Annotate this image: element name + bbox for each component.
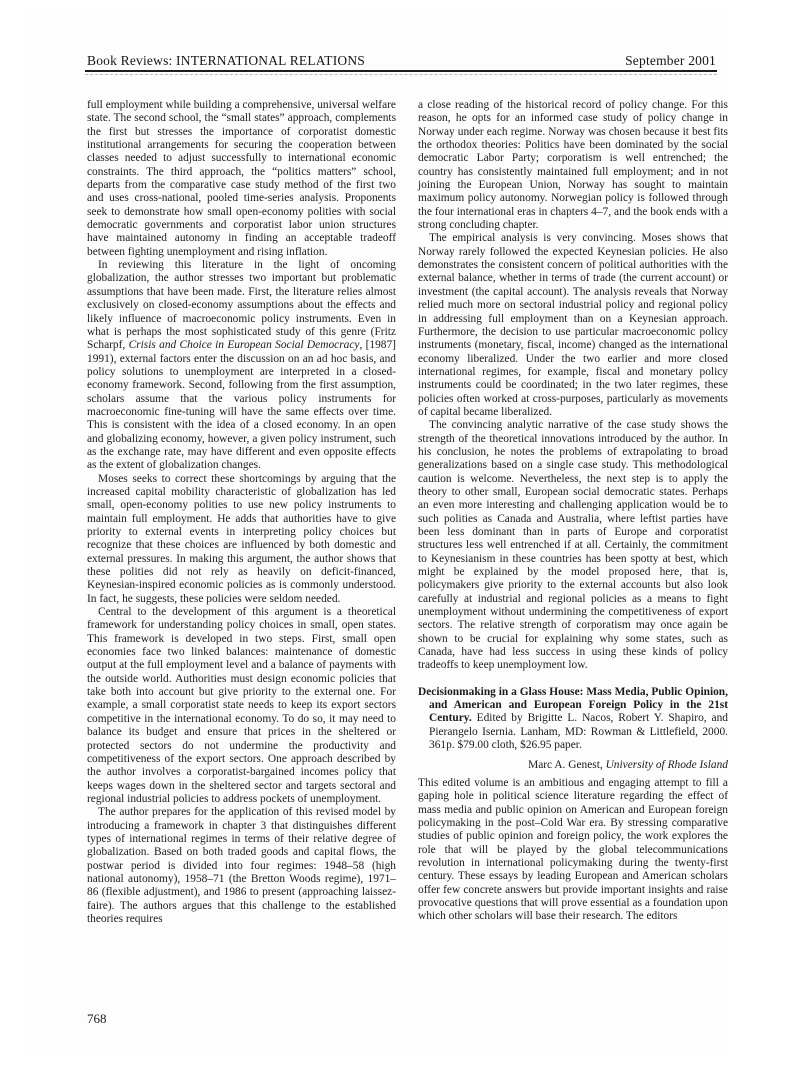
paragraph: In reviewing this literature in the ligh… — [87, 259, 396, 473]
page-header: Book Reviews: INTERNATIONAL RELATIONS Se… — [87, 53, 716, 69]
right-column: a close reading of the historical record… — [418, 99, 728, 924]
paragraph-text: In reviewing this literature in the ligh… — [87, 259, 396, 351]
running-head: Book Reviews: INTERNATIONAL RELATIONS — [87, 53, 365, 69]
cited-book-title: Crisis and Choice in European Social Dem… — [129, 339, 360, 351]
paragraph: Moses seeks to correct these shortcoming… — [87, 473, 396, 606]
paragraph-text: , [1987] 1991), external factors enter t… — [87, 339, 396, 471]
issue-date: September 2001 — [625, 53, 716, 69]
reviewer-line: Marc A. Genest, University of Rhode Isla… — [418, 759, 728, 772]
reviewer-name: Marc A. Genest, — [528, 759, 606, 771]
publication-info: Edited by Brigitte L. Nacos, Robert Y. S… — [429, 712, 728, 751]
paragraph: The empirical analysis is very convincin… — [418, 232, 728, 419]
paragraph: The author prepares for the application … — [87, 806, 396, 926]
header-rule — [85, 70, 717, 72]
reviewer-affiliation: University of Rhode Island — [606, 759, 728, 771]
paragraph: full employment while building a compreh… — [87, 99, 396, 259]
book-citation: Decisionmaking in a Glass House: Mass Me… — [418, 686, 728, 753]
paragraph: This edited volume is an ambitious and e… — [418, 777, 728, 924]
header-rule-scan-artifact — [85, 74, 717, 75]
paragraph: Central to the development of this argum… — [87, 606, 396, 806]
left-column: full employment while building a compreh… — [87, 99, 396, 926]
paragraph: The convincing analytic narrative of the… — [418, 419, 728, 673]
paragraph: a close reading of the historical record… — [418, 99, 728, 232]
page-number: 768 — [87, 1011, 107, 1027]
